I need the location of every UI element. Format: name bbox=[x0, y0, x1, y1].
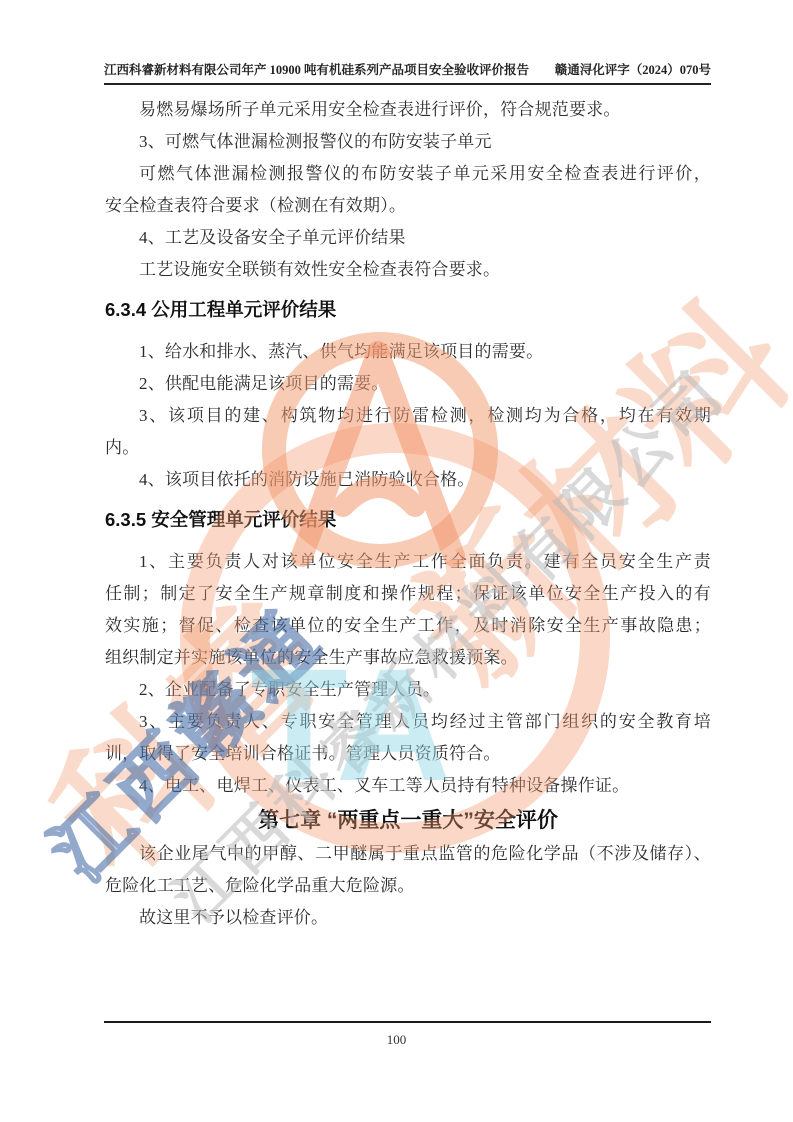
section-heading: 6.3.4 公用工程单元评价结果 bbox=[105, 294, 711, 326]
text-line: 任制；制定了安全生产规章制度和操作规程；保证该单位安全生产投入的有 bbox=[105, 578, 711, 610]
text-line: 危险化工工艺、危险化学品重大危险源。 bbox=[105, 870, 711, 902]
text-line: 1、主要负责人对该单位安全生产工作全面负责。建有全员安全生产责 bbox=[105, 546, 711, 578]
section-heading: 6.3.5 安全管理单元评价结果 bbox=[105, 504, 711, 536]
text-line: 内。 bbox=[105, 432, 711, 464]
document-page: 江西科睿新材料有限公司年产 10900 吨有机硅系列产品项目安全验收评价报告 赣… bbox=[0, 0, 793, 1122]
text-line: 训，取得了安全培训合格证书。管理人员资质符合。 bbox=[105, 738, 711, 770]
text-line: 故这里不予以检查评价。 bbox=[105, 902, 711, 934]
content-area: 易燃易爆场所子单元采用安全检查表进行评价，符合规范要求。3、可燃气体泄漏检测报警… bbox=[105, 94, 711, 934]
text-line: 2、企业配备了专职安全生产管理人员。 bbox=[105, 674, 711, 706]
text-line: 该企业尾气中的甲醇、二甲醚属于重点监管的危险化学品（不涉及储存）、 bbox=[105, 838, 711, 870]
text-line: 组织制定并实施该单位的安全生产事故应急救援预案。 bbox=[105, 642, 711, 674]
header-doc-number: 赣通浔化评字（2024）070号 bbox=[555, 60, 711, 78]
page-header: 江西科睿新材料有限公司年产 10900 吨有机硅系列产品项目安全验收评价报告 赣… bbox=[104, 60, 711, 85]
chapter-heading: 第七章 “两重点一重大”安全评价 bbox=[105, 804, 711, 838]
text-line: 4、该项目依托的消防设施已消防验收合格。 bbox=[105, 464, 711, 496]
text-line: 易燃易爆场所子单元采用安全检查表进行评价，符合规范要求。 bbox=[105, 94, 711, 126]
text-line: 效实施；督促、检查该单位的安全生产工作，及时消除安全生产事故隐患； bbox=[105, 610, 711, 642]
text-line: 可燃气体泄漏检测报警仪的布防安装子单元采用安全检查表进行评价， bbox=[105, 158, 711, 190]
text-line: 工艺设施安全联锁有效性安全检查表符合要求。 bbox=[105, 254, 711, 286]
text-line: 3、主要负责人、专职安全管理人员均经过主管部门组织的安全教育培 bbox=[105, 706, 711, 738]
text-line: 安全检查表符合要求（检测在有效期）。 bbox=[105, 190, 711, 222]
page-number: 100 bbox=[0, 1032, 793, 1048]
text-line: 3、可燃气体泄漏检测报警仪的布防安装子单元 bbox=[105, 126, 711, 158]
text-line: 2、供配电能满足该项目的需要。 bbox=[105, 368, 711, 400]
text-line: 4、工艺及设备安全子单元评价结果 bbox=[105, 222, 711, 254]
footer-divider bbox=[104, 1021, 711, 1023]
text-line: 4、电工、电焊工、仪表工、叉车工等人员持有特种设备操作证。 bbox=[105, 770, 711, 802]
header-report-title: 江西科睿新材料有限公司年产 10900 吨有机硅系列产品项目安全验收评价报告 bbox=[104, 60, 529, 78]
text-line: 1、给水和排水、蒸汽、供气均能满足该项目的需要。 bbox=[105, 336, 711, 368]
text-line: 3、该项目的建、构筑物均进行防雷检测，检测均为合格，均在有效期 bbox=[105, 400, 711, 432]
